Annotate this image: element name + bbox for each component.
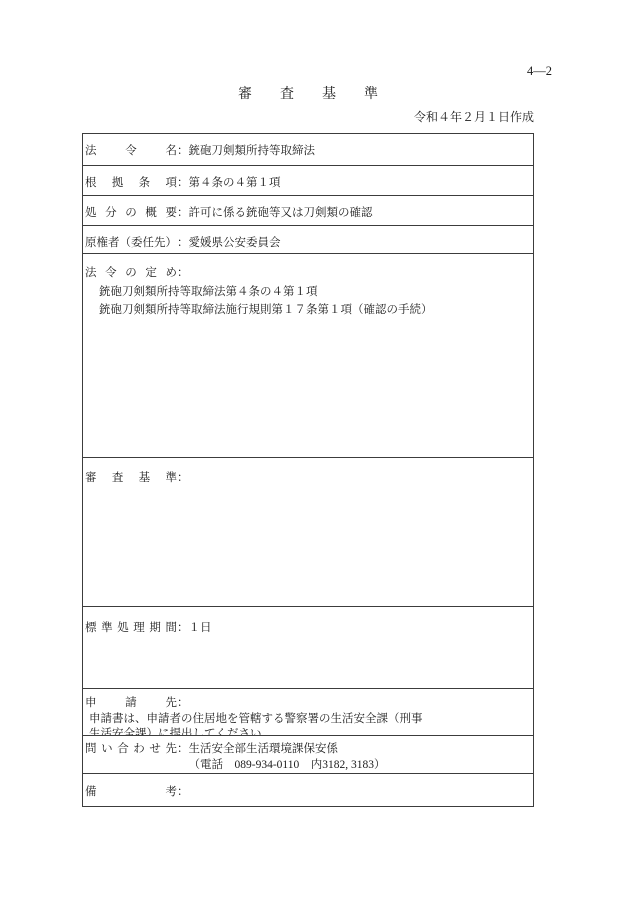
- application-destination-label: 申請先: [85, 696, 177, 712]
- law-name-value: 銃砲刀剣類所持等取締法: [189, 145, 316, 157]
- row-legal-basis: 根拠条項：第４条の４第１項: [83, 165, 533, 195]
- original-authority-value: 愛媛県公安委員会: [189, 237, 281, 249]
- law-provision-line: 銃砲刀剣類所持等取締法施行規則第１７条第１項（確認の手続）: [99, 301, 525, 320]
- legal-basis-label: 根拠条項: [85, 174, 177, 193]
- disposition-summary-label: 処分の概要: [85, 204, 177, 223]
- law-name-label: 法令名: [85, 142, 177, 161]
- standard-processing-period-value: １日: [189, 622, 212, 634]
- law-provision-line: 銃砲刀剣類所持等取締法第４条の４第１項: [99, 283, 525, 302]
- contact-value: 生活安全部生活環境課保安係（電話 089-934-0110 内3182, 318…: [189, 742, 386, 773]
- law-provisions-label: 法令の定め: [85, 264, 177, 283]
- law-provisions-header: 法令の定め：: [85, 264, 525, 283]
- row-review-standards: 審査基準：: [83, 457, 533, 606]
- colon-separator: ：: [177, 472, 189, 484]
- legal-basis-value: 第４条の４第１項: [189, 177, 281, 189]
- row-contact: 問い合わせ先：生活安全部生活環境課保安係（電話 089-934-0110 内31…: [83, 735, 533, 773]
- colon-separator: ：: [177, 743, 189, 755]
- colon-separator: ：: [177, 786, 189, 798]
- colon-separator: ：: [177, 622, 189, 634]
- colon-separator: ：: [177, 207, 189, 219]
- application-destination-value: 申請書は、申請者の住居地を管轄する警察署の生活安全課（刑事生活安全課）に提出して…: [89, 712, 427, 736]
- colon-separator: ：: [177, 267, 189, 279]
- row-law-provisions: 法令の定め： 銃砲刀剣類所持等取締法第４条の４第１項 銃砲刀剣類所持等取締法施行…: [83, 253, 533, 457]
- colon-separator: ：: [177, 145, 189, 157]
- review-standards-label: 審査基準: [85, 469, 177, 488]
- disposition-summary-value: 許可に係る銃砲等又は刀剣類の確認: [189, 207, 373, 219]
- contact-label: 問い合わせ先: [85, 742, 177, 758]
- contact-office-line: 生活安全部生活環境課保安係: [189, 743, 339, 755]
- standard-processing-period-label: 標準処理期間: [85, 619, 177, 638]
- row-law-name: 法令名：銃砲刀剣類所持等取締法: [83, 134, 533, 165]
- page-number: 4—2: [527, 64, 552, 79]
- row-remarks: 備考：: [83, 773, 533, 806]
- original-authority-label: 原権者（委任先）: [85, 234, 177, 253]
- row-standard-processing-period: 標準処理期間：１日: [83, 606, 533, 688]
- contact-phone-line: （電話 089-934-0110 内3182, 3183）: [189, 759, 386, 771]
- criteria-table: 法令名：銃砲刀剣類所持等取締法 根拠条項：第４条の４第１項 処分の概要：許可に係…: [82, 133, 534, 807]
- remarks-label: 備考: [85, 783, 177, 802]
- colon-separator: ：: [177, 237, 189, 249]
- row-disposition-summary: 処分の概要：許可に係る銃砲等又は刀剣類の確認: [83, 195, 533, 225]
- document-title: 審 査 基 準: [82, 86, 534, 103]
- row-original-authority: 原権者（委任先）：愛媛県公安委員会: [83, 225, 533, 253]
- colon-separator: ：: [177, 177, 189, 189]
- row-application-destination: 申請先：申請書は、申請者の住居地を管轄する警察署の生活安全課（刑事生活安全課）に…: [83, 688, 533, 735]
- colon-separator: ：: [177, 697, 189, 709]
- creation-date: 令和４年２月１日作成: [82, 110, 534, 125]
- document-page: 4—2 審 査 基 準 令和４年２月１日作成 法令名：銃砲刀剣類所持等取締法 根…: [0, 0, 630, 903]
